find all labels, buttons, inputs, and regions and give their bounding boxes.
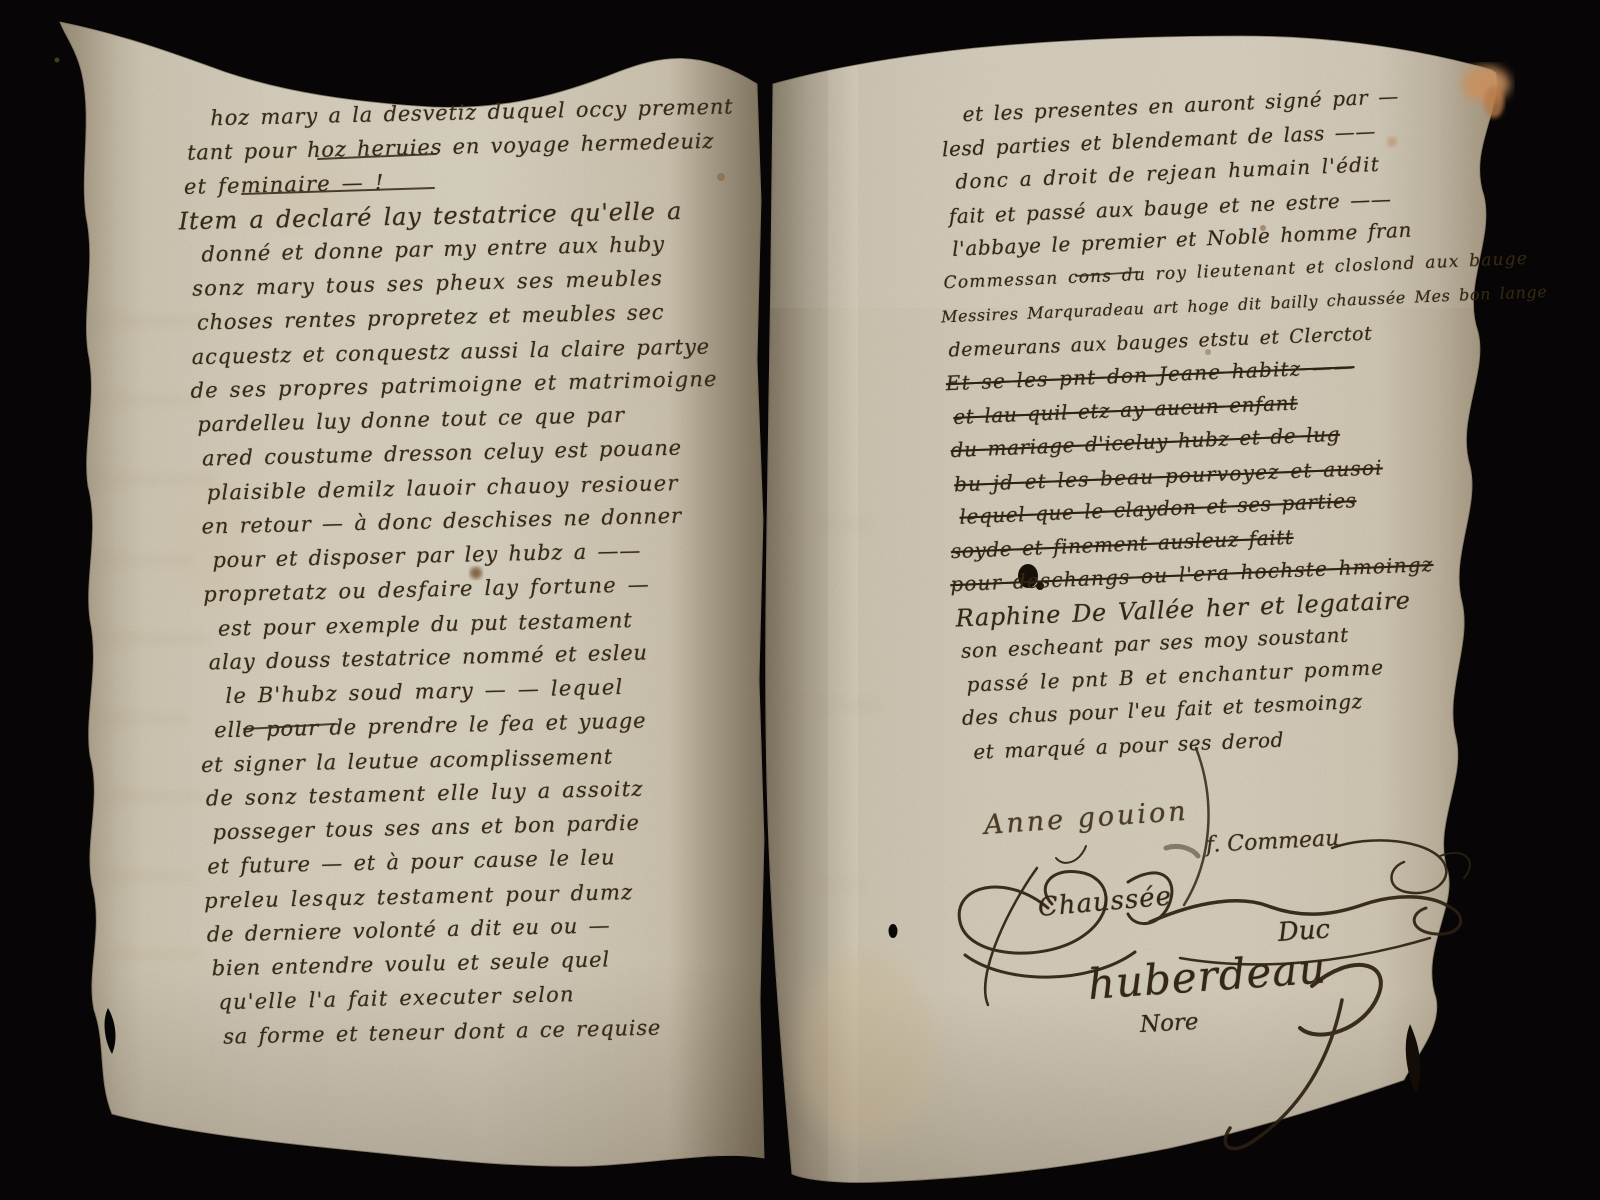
left-page-text: hoz mary a la desvetiz duquel occy preme… [176, 88, 797, 1053]
hole [889, 924, 898, 938]
hole [94, 1059, 100, 1065]
corner-mark [55, 58, 60, 63]
manuscript-photo: hoz mary a la desvetiz duquel occy preme… [0, 0, 1600, 1200]
notary-abbreviation: Nore [1139, 1009, 1199, 1038]
water-stain [795, 955, 935, 1145]
right-page-text: et les presentes en auront signé par —le… [922, 76, 1520, 769]
